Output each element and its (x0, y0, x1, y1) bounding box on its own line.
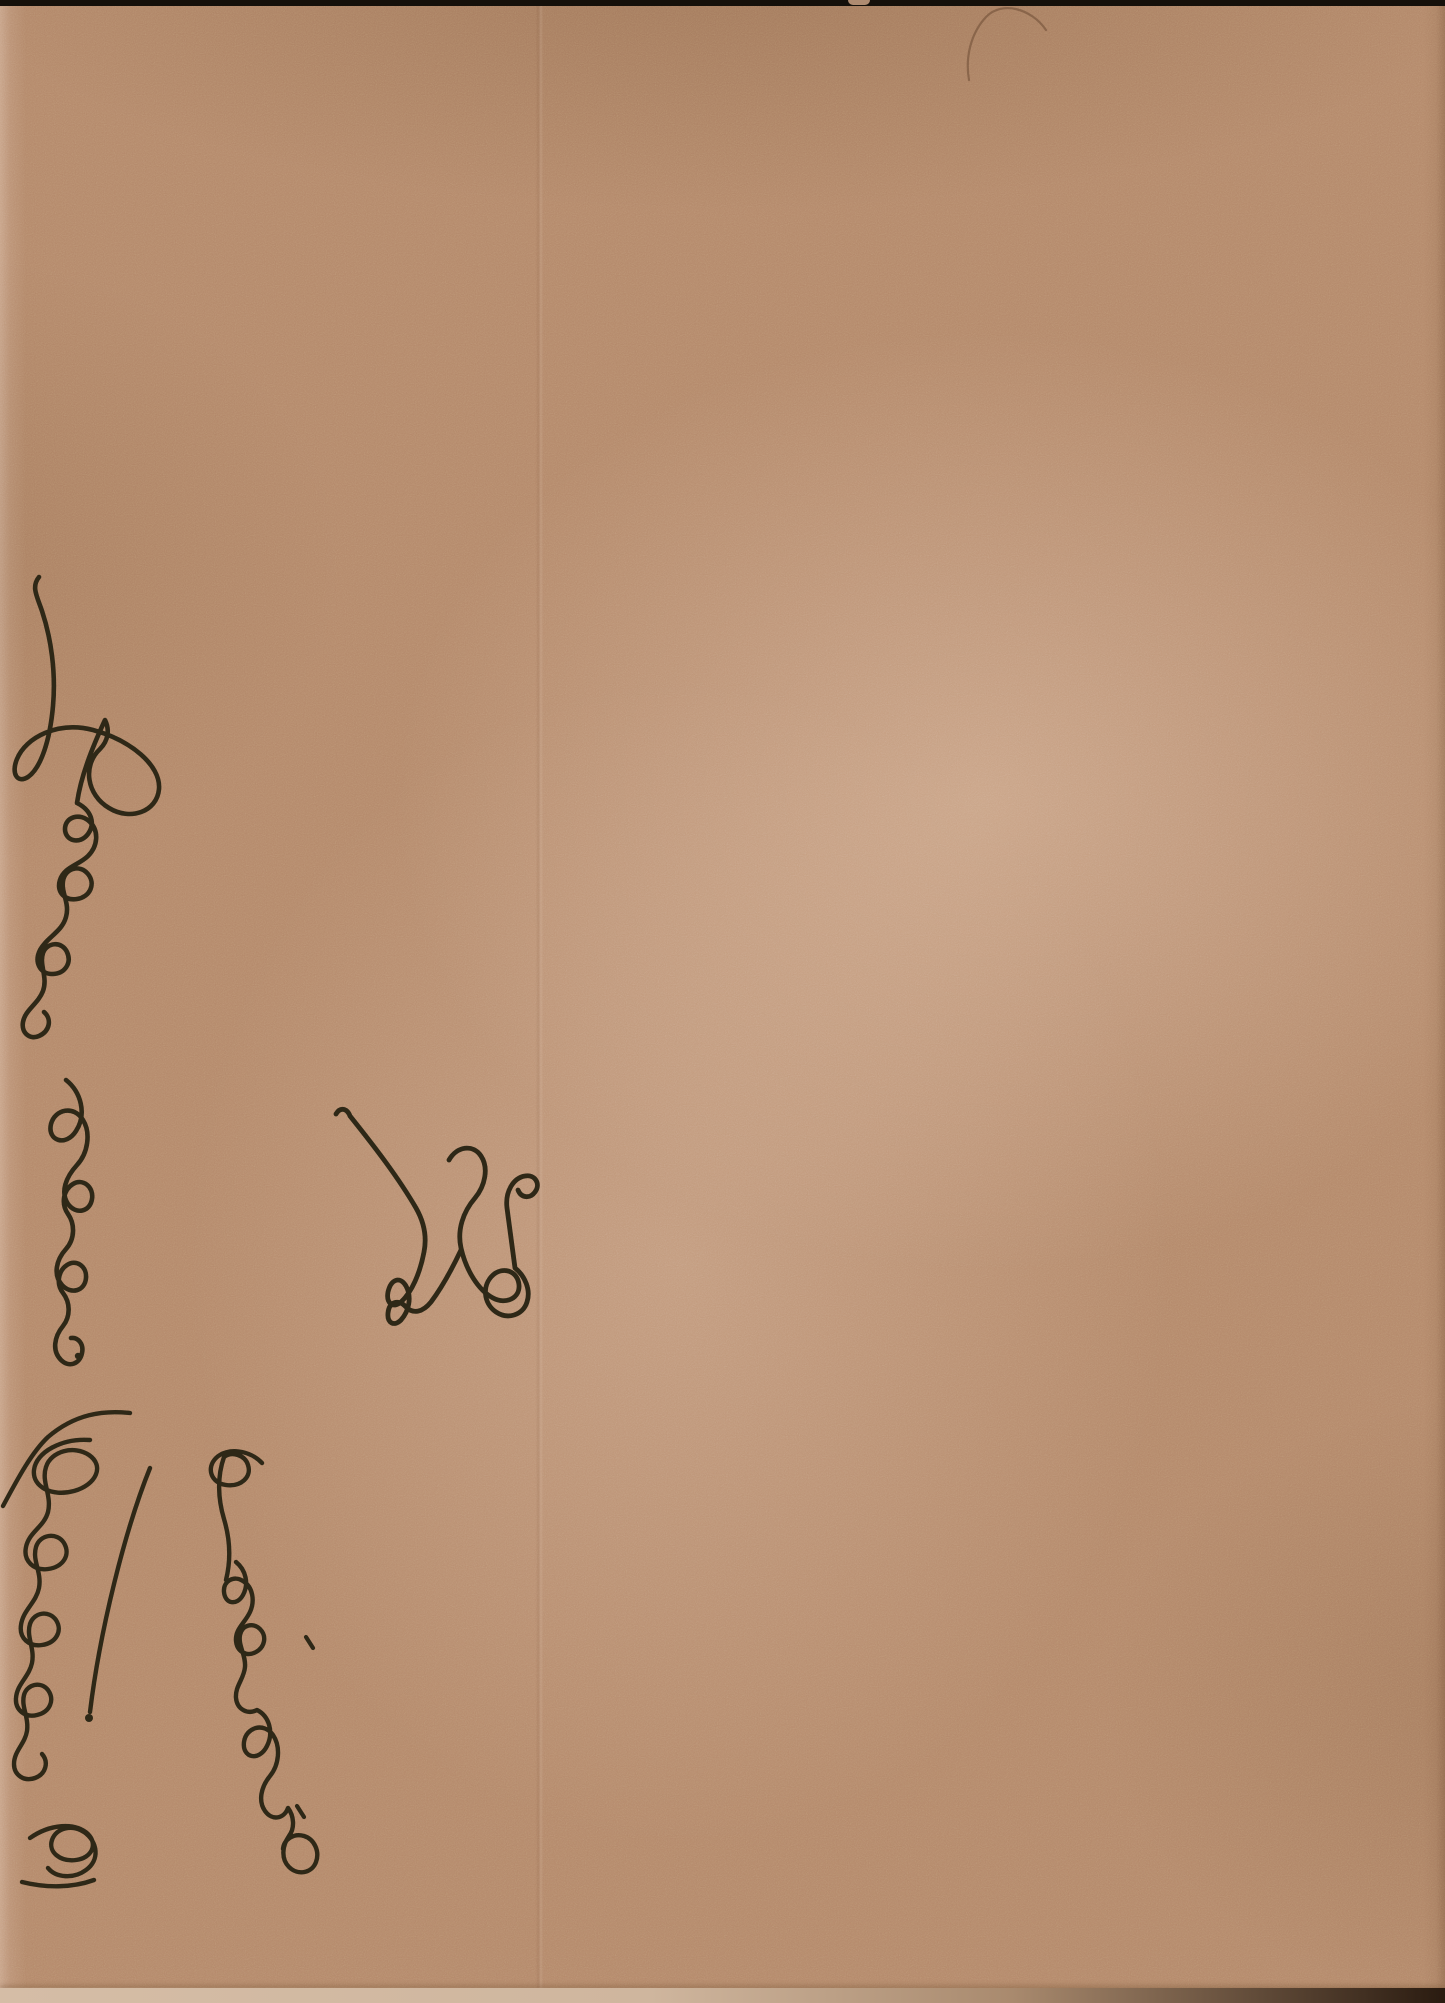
scanned-paper-page (0, 0, 1445, 2003)
inscription-familio (211, 1451, 317, 1872)
bottom-edge-strip (0, 1988, 1445, 2003)
handwriting-layer (0, 0, 1445, 2003)
top-edge-strip (0, 0, 1445, 6)
top-edge-notch (848, 0, 870, 5)
inscription-main (15, 577, 159, 1364)
monogram (336, 1109, 537, 1323)
struck-scribble (3, 1412, 150, 1886)
pencil-arc (968, 8, 1046, 80)
